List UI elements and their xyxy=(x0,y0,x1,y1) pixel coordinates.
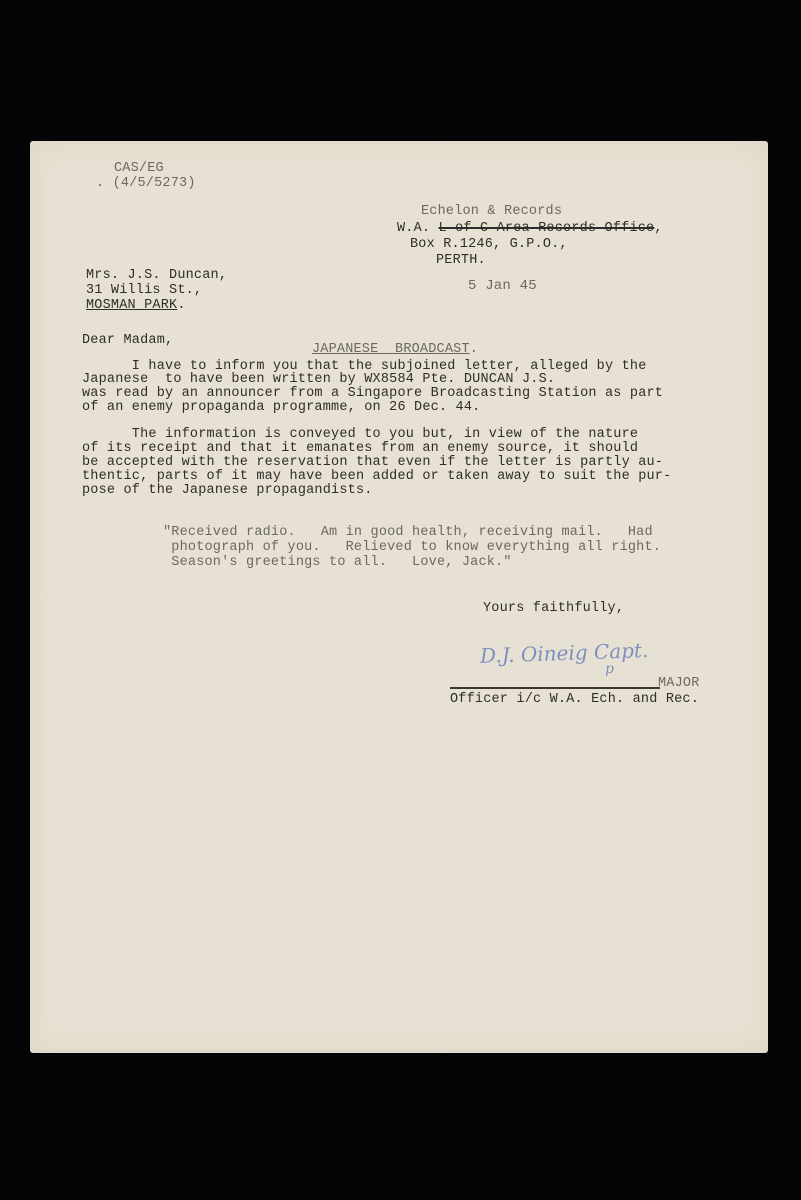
letter-date: 5 Jan 45 xyxy=(468,279,537,294)
sender-suffix: , xyxy=(654,221,662,236)
p2-line: thentic, parts of it may have been added… xyxy=(82,469,671,484)
reference-number: . (4/5/5273) xyxy=(96,176,196,191)
recipient-suburb: MOSMAN PARK. xyxy=(86,298,186,313)
handwritten-signature: D.J. Oineig Capt. xyxy=(480,638,649,668)
p2-line: of its receipt and that it emanates from… xyxy=(82,441,638,456)
per-mark: p xyxy=(605,661,615,677)
p1-line: Japanese to have been written by WX8584 … xyxy=(82,372,555,387)
recipient-name: Mrs. J.S. Duncan, xyxy=(86,268,227,283)
vertical-fold xyxy=(445,141,447,1053)
salutation: Dear Madam, xyxy=(82,333,173,348)
sender-prefix: W.A. xyxy=(397,221,439,236)
letter-page: CAS/EG . (4/5/5273) Echelon & Records W.… xyxy=(30,141,768,1053)
suburb-period: . xyxy=(177,298,185,313)
sender-line-2: W.A. L of C Area Records Office, xyxy=(397,221,663,236)
sender-line-4: PERTH. xyxy=(436,253,486,268)
recipient-street: 31 Willis St., xyxy=(86,283,202,298)
p2-line: The information is conveyed to you but, … xyxy=(82,427,638,442)
subject-text: JAPANESE BROADCAST xyxy=(312,342,470,357)
sender-line-3: Box R.1246, G.P.O., xyxy=(410,237,568,252)
struck-office-name: L of C Area Records Office xyxy=(439,221,655,236)
p2-line: be accepted with the reservation that ev… xyxy=(82,455,663,470)
p1-line: of an enemy propaganda programme, on 26 … xyxy=(82,400,480,415)
signatory-title: Officer i/c W.A. Ech. and Rec. xyxy=(450,692,699,707)
quote-line: "Received radio. Am in good health, rece… xyxy=(163,525,653,540)
quote-line: photograph of you. Relieved to know ever… xyxy=(163,540,661,555)
p2-line: pose of the Japanese propagandists. xyxy=(82,483,373,498)
horizontal-fold xyxy=(30,592,768,594)
signatory-rank: MAJOR xyxy=(658,676,700,691)
p1-line: was read by an announcer from a Singapor… xyxy=(82,386,663,401)
reference-code: CAS/EG xyxy=(114,161,164,176)
quote-line: Season's greetings to all. Love, Jack." xyxy=(163,555,512,570)
subject-period: . xyxy=(470,342,478,357)
signature-line xyxy=(450,687,660,689)
subject-line: JAPANESE BROADCAST. xyxy=(312,342,478,357)
suburb-underlined: MOSMAN PARK xyxy=(86,298,177,313)
sender-line-1: Echelon & Records xyxy=(421,204,562,219)
closing: Yours faithfully, xyxy=(483,601,624,616)
